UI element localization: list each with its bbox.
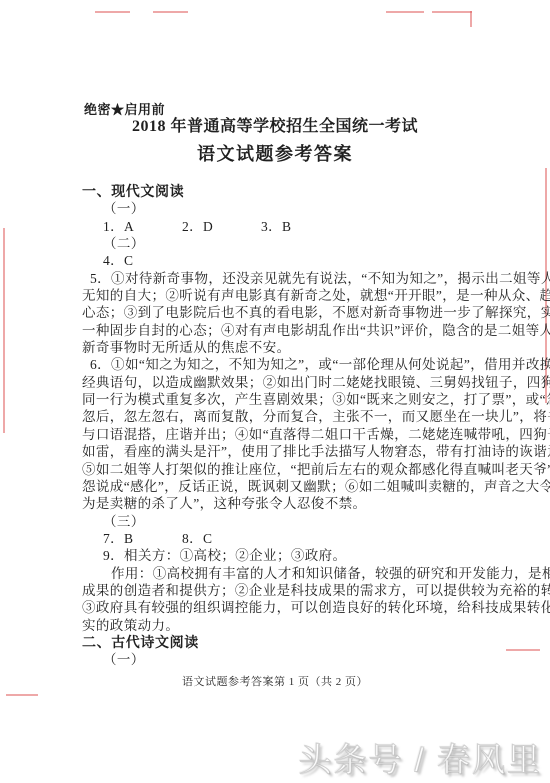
guide-mark-left-edge [3,228,5,433]
paper-title: 语文试题参考答案 [0,140,550,166]
paragraph-line: 为是卖糖的杀了人”，这种夸张令人忍俊不禁。 [82,495,498,512]
answer-q7: 7．B [103,530,182,547]
paragraph-line: 经典语句，以造成幽默效果；②如出门时二姥姥找眼镜、三舅妈找钮子，四狗子洗脸， [82,374,498,391]
paragraph-line: 6．①如“知之为知之，不知为知之”，或“一部伦理从何处说起”，借用并改换了 [82,356,498,373]
paragraph-line: 作用：①高校拥有丰富的人才和知识储备，较强的研究和开发能力，是相关科技 [82,565,498,582]
paragraph-line: 同一行为模式重复多次，产生喜剧效果；③如“既来之则安之，打了票”，或“忽前 [82,391,498,408]
answer-6-paragraph: 6．①如“知之为知之，不知为知之”，或“一部伦理从何处说起”，借用并改换了经典语… [82,356,498,512]
guide-mark-bottom-right [506,649,540,651]
section-heading-classical-reading: 二、古代诗文阅读 [82,634,498,651]
answer-q9-roles-paragraph: 作用：①高校拥有丰富的人才和知识储备，较强的研究和开发能力，是相关科技成果的创造… [82,565,498,634]
guide-mark-top-right-1 [386,11,424,13]
paragraph-line: ③政府具有较强的组织调控能力，可以创造良好的转化环境，给科技成果转化提供坚 [82,599,498,616]
answer-q1: 1．A [103,218,182,235]
guide-mark-top-right-2 [432,11,472,13]
paragraph-line: ⑤如二姐等人打架似的推让座位，“把前后左右的观众都感化得直喊叫老天爷”，把抱 [82,461,498,478]
exam-answer-page: 绝密★启用前 2018 年普通高等学校招生全国统一考试 语文试题参考答案 一、现… [0,0,550,783]
guide-mark-top-right-corner [470,11,472,27]
answer-q3: 3．B [261,218,340,235]
paragraph-line: 成果的创造者和提供方；②企业是科技成果的需求方，可以提供较为充裕的转化资金； [82,582,498,599]
answer-q4: 4．C [103,252,498,269]
paragraph-line: 无知的自大；②听说有声电影真有新奇之处，就想“开开眼”，是一种从众、趋新的 [82,287,498,304]
section-heading-modern-reading: 一、现代文阅读 [82,183,498,200]
paragraph-line: 新奇事物时无所适从的焦虑不安。 [82,339,498,356]
subsection-label-classical-part1: （一） [103,651,498,668]
paragraph-line: 5．①对待新奇事物，还没亲见就先有说法，“不知为知之”，揭示出二姐等人傲慢 [82,270,498,287]
page-footer: 语文试题参考答案第 1 页（共 2 页） [0,673,550,689]
watermark-toutiao: 头条号 / 春风里 [298,734,542,781]
paragraph-line: 如雷，看座的满头是汗”，使用了排比手法描写人物窘态，带有打油诗的诙谐意味； [82,443,498,460]
mc-answer-row-1-3: 1．A 2．D 3．B [103,218,498,235]
paragraph-line: 忽后，忽左忽右，离而复散，分而复合，主张不一，而又愿坐在一块儿”，将书面语 [82,408,498,425]
paragraph-line: 实的政策动力。 [82,617,498,634]
answer-5-paragraph: 5．①对待新奇事物，还没亲见就先有说法，“不知为知之”，揭示出二姐等人傲慢无知的… [82,270,498,357]
answer-q8: 8．C [182,530,261,547]
paragraph-line: 与口语混搭，庄谐并出；④如“直落得二姐口干舌燥，二姥姥连喊带吼，四狗子咆哮 [82,426,498,443]
subsection-label-part1: （一） [103,200,498,217]
guide-mark-top-left-2 [153,11,188,13]
answer-q9-parties: 9．相关方：①高校；②企业；③政府。 [103,547,498,564]
paragraph-line: 怨说成“感化”，反话正说，既讽刺又幽默；⑥如二姐喊叫卖糖的，声音之大令人“以 [82,478,498,495]
paragraph-line: 心态；③到了电影院后也不真的看电影，不愿对新奇事物进一步了解探究，实质上是 [82,304,498,321]
answer-content: 一、现代文阅读 （一） 1．A 2．D 3．B （二） 4．C 5．①对待新奇事… [82,183,498,669]
exam-title: 2018 年普通高等学校招生全国统一考试 [0,113,550,136]
answer-q2: 2．D [182,218,261,235]
subsection-label-part3: （三） [103,513,498,530]
guide-mark-top-left-1 [95,11,130,13]
guide-mark-bottom-left [6,694,38,696]
mc-answer-row-7-8: 7．B 8．C [103,530,498,547]
subsection-label-part2: （二） [103,235,498,252]
paragraph-line: 一种固步自封的心态；④对有声电影胡乱作出“共识”评价，隐含的是二姐等人面对 [82,322,498,339]
